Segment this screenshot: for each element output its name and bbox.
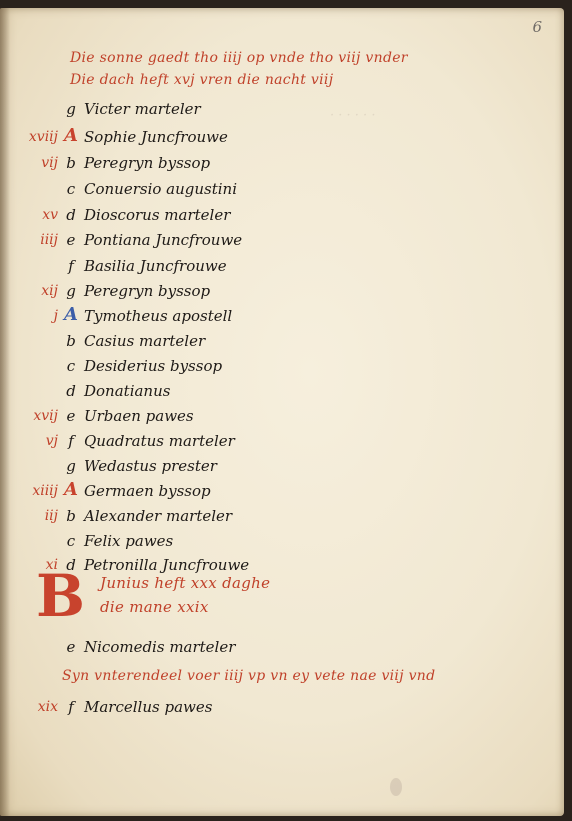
binding-gutter [0,8,10,816]
saint-name: Quadratus marteler [84,432,235,450]
dominical-letter: e [64,638,78,656]
dominical-letter: f [64,257,78,275]
dominical-letter: f [64,432,78,450]
golden-number: j [18,308,58,324]
golden-number: vj [18,433,58,449]
folio-number: 6 [532,18,542,36]
dominical-letter: c [64,532,78,550]
saint-name: Sophie Juncfrouwe [84,128,228,146]
dominical-letter: c [64,180,78,198]
show-through: · · · · · · [330,108,375,123]
dominical-letter: c [64,357,78,375]
golden-number: xij [18,283,58,299]
mid-rubric: Syn vnterendeel voer iiij vp vn ey vete … [62,668,435,684]
month-heading-line-2: die mane xxix [100,598,209,616]
saint-name: Alexander marteler [84,507,232,525]
saint-name: Conuersio augustini [84,180,237,198]
dominical-letter: d [64,206,78,224]
golden-number: xiiij [18,483,58,499]
saint-name: Peregryn byssop [84,282,210,300]
dominical-letter: e [64,231,78,249]
saint-name: Tymotheus apostell [84,307,232,325]
saint-name: Desiderius byssop [84,357,222,375]
saint-name: Felix pawes [84,532,173,550]
saint-name: Petronilla Juncfrouwe [84,556,249,574]
golden-number: vij [18,155,58,171]
golden-number: iij [18,508,58,524]
dominical-letter: g [64,457,78,475]
saint-name: Germaen byssop [84,482,211,500]
dominical-letter: g [64,100,78,118]
saint-name: Casius marteler [84,332,205,350]
decorated-initial-b: B [36,568,92,624]
dominical-letter: e [64,407,78,425]
dominical-letter: b [64,332,78,350]
month-heading-line-1: Junius heft xxx daghe [100,574,270,592]
saint-name: Marcellus pawes [84,698,212,716]
stain-mark [390,778,402,796]
golden-number: xix [18,699,58,715]
golden-number: xvij [18,408,58,424]
dominical-letter: g [64,282,78,300]
golden-number: iiij [18,232,58,248]
saint-name: Dioscorus marteler [84,206,230,224]
dominical-letter: d [64,382,78,400]
dominical-letter: A [64,125,78,146]
dominical-letter: b [64,507,78,525]
dominical-letter: f [64,698,78,716]
manuscript-page: 6 · · · · · · Die sonne gaedt tho iiij o… [0,8,564,816]
saint-name: Peregryn byssop [84,154,210,172]
header-rubric-1: Die sonne gaedt tho iiij op vnde tho vii… [70,50,408,66]
saint-name: Basilia Juncfrouwe [84,257,227,275]
header-rubric-2: Die dach heft xvj vren die nacht viij [70,72,333,88]
saint-name: Nicomedis marteler [84,638,235,656]
golden-number: xviij [18,129,58,145]
saint-name: Urbaen pawes [84,407,194,425]
dominical-letter: A [64,479,78,500]
dominical-letter: b [64,154,78,172]
saint-name: Wedastus prester [84,457,217,475]
saint-name: Victer marteler [84,100,201,118]
golden-number: xv [18,207,58,223]
saint-name: Donatianus [84,382,170,400]
saint-name: Pontiana Juncfrouwe [84,231,242,249]
dominical-letter: A [64,304,78,325]
